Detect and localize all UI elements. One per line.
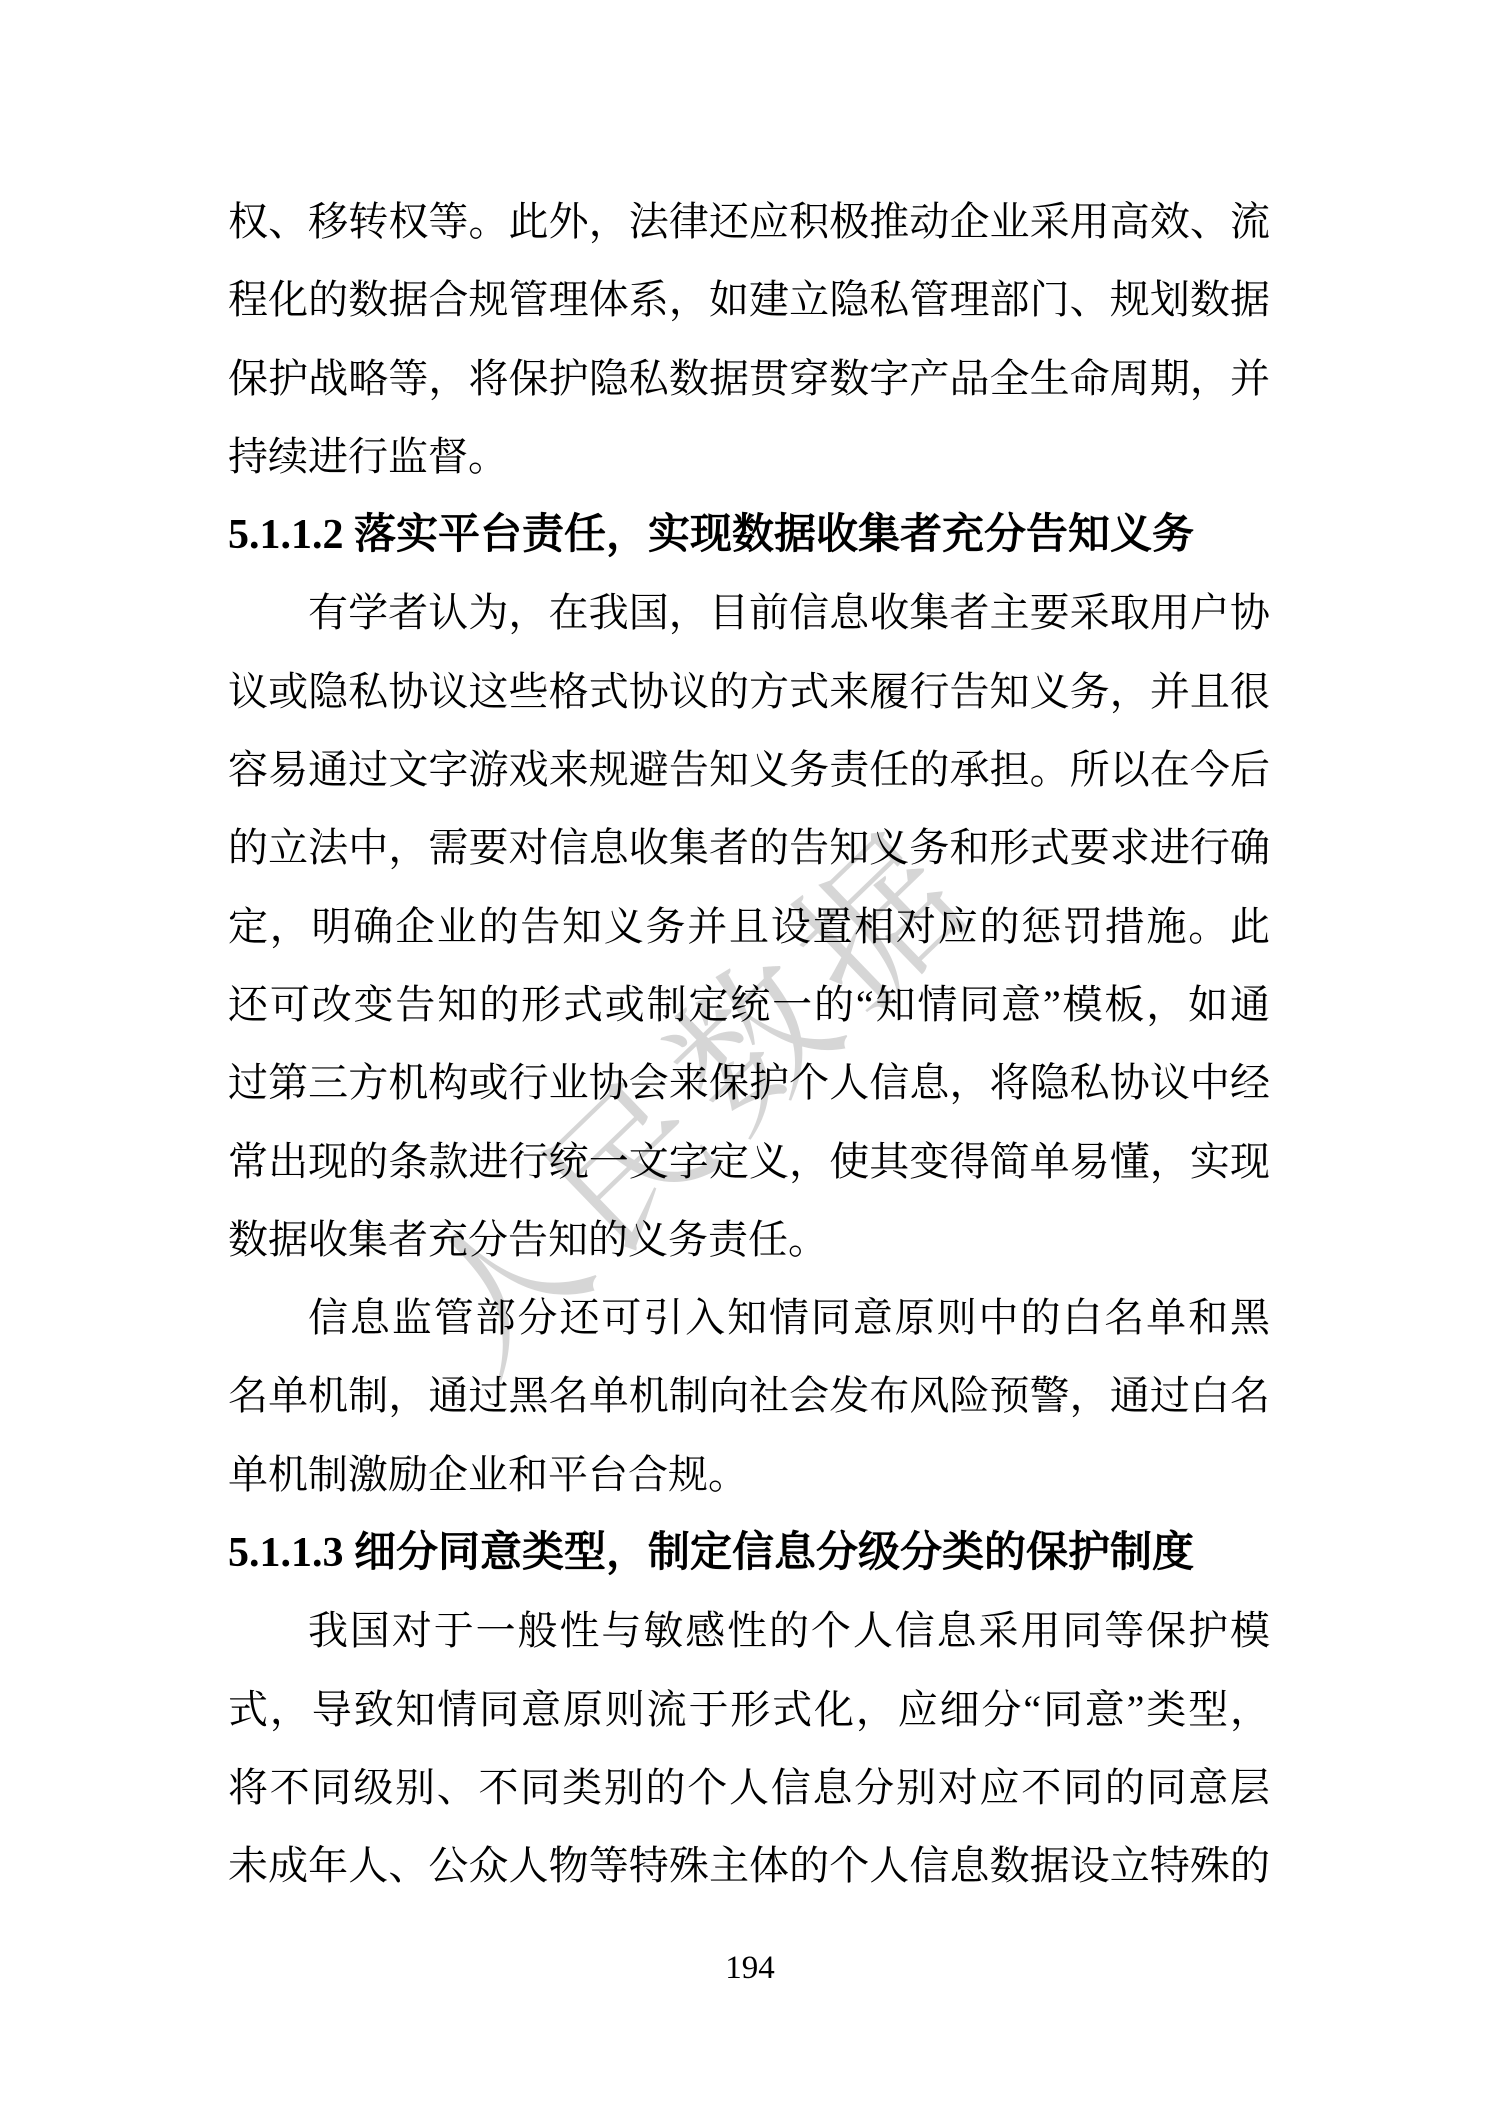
body-line: 未成年人、公众人物等特殊主体的个人信息数据设立特殊的 <box>228 1827 1270 1905</box>
body-line: 议或隐私协议这些格式协议的方式来履行告知义务，并且很 <box>228 653 1270 731</box>
body-line: 定，明确企业的告知义务并且设置相对应的惩罚措施。此外， <box>228 888 1270 966</box>
body-line: 容易通过文字游戏来规避告知义务责任的承担。所以在今后 <box>228 731 1270 809</box>
body-line: 保护战略等，将保护隐私数据贯穿数字产品全生命周期，并 <box>228 340 1270 418</box>
body-line: 名单机制，通过黑名单机制向社会发布风险预警，通过白名 <box>228 1357 1270 1435</box>
body-line: 持续进行监督。 <box>228 418 1270 496</box>
body-line: 我国对于一般性与敏感性的个人信息采用同等保护模 <box>228 1592 1270 1670</box>
section-heading-5113: 5.1.1.3 细分同意类型，制定信息分级分类的保护制度 <box>228 1514 1270 1592</box>
section-heading-5112: 5.1.1.2 落实平台责任，实现数据收集者充分告知义务 <box>228 496 1270 574</box>
body-line: 还可改变告知的形式或制定统一的“知情同意”模板，如通 <box>228 966 1270 1044</box>
page-number: 194 <box>0 1948 1500 1988</box>
body-line: 信息监管部分还可引入知情同意原则中的白名单和黑 <box>228 1279 1270 1357</box>
body-line: 数据收集者充分告知的义务责任。 <box>228 1201 1270 1279</box>
body-line: 的立法中，需要对信息收集者的告知义务和形式要求进行确 <box>228 809 1270 887</box>
body-line: 常出现的条款进行统一文字定义，使其变得简单易懂，实现 <box>228 1123 1270 1201</box>
text-block: 权、移转权等。此外，法律还应积极推动企业采用高效、流 程化的数据合规管理体系，如… <box>228 183 1270 1906</box>
body-line: 权、移转权等。此外，法律还应积极推动企业采用高效、流 <box>228 183 1270 261</box>
body-line: 过第三方机构或行业协会来保护个人信息，将隐私协议中经 <box>228 1044 1270 1122</box>
body-line: 有学者认为，在我国，目前信息收集者主要采取用户协 <box>228 574 1270 652</box>
body-line: 式，导致知情同意原则流于形式化，应细分“同意”类型， <box>228 1671 1270 1749</box>
body-line: 将不同级别、不同类别的个人信息分别对应不同的同意层级。 <box>228 1749 1270 1827</box>
body-line: 程化的数据合规管理体系，如建立隐私管理部门、规划数据 <box>228 261 1270 339</box>
body-line: 单机制激励企业和平台合规。 <box>228 1436 1270 1514</box>
document-page: 人民数据 权、移转权等。此外，法律还应积极推动企业采用高效、流 程化的数据合规管… <box>0 0 1500 2121</box>
